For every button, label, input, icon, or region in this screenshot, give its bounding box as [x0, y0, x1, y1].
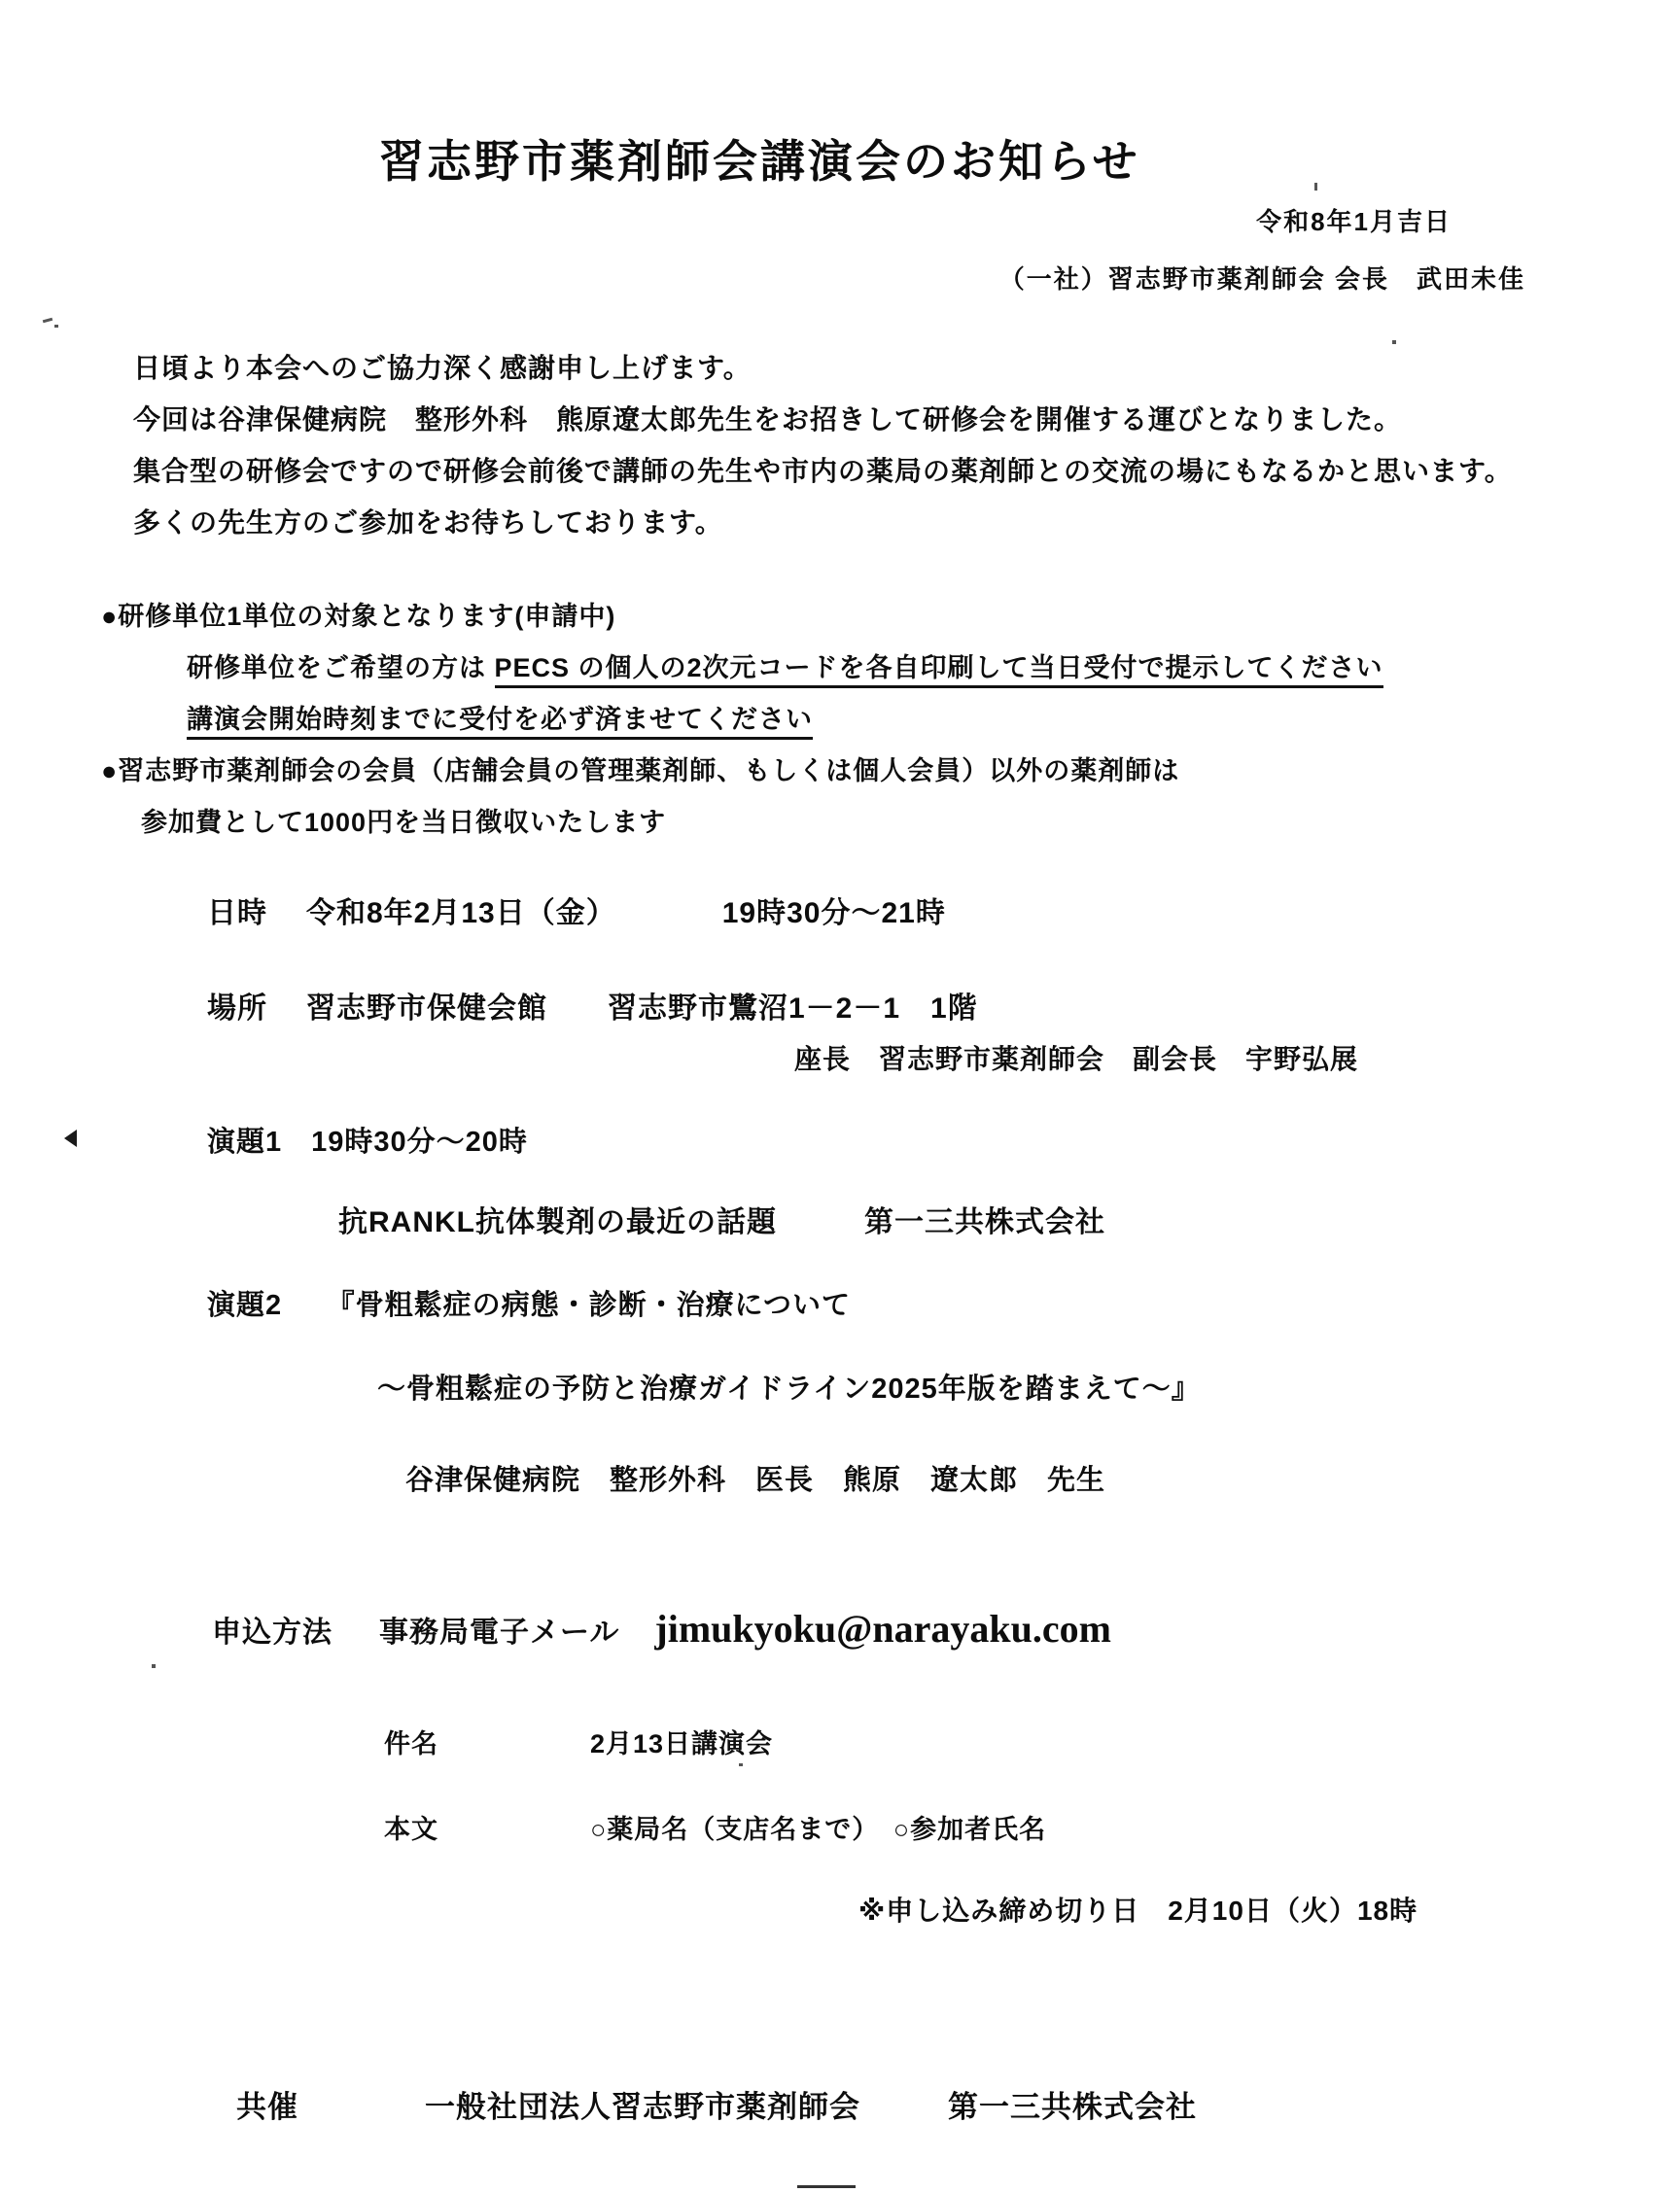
subject-label: 件名: [384, 1723, 590, 1760]
application-method-text: 事務局電子メール: [379, 1617, 619, 1649]
scan-artifact-arrow: [64, 1130, 77, 1147]
note-bullet-1-sub-1: 研修単位をご希望の方は PECS の個人の2次元コードを各自印刷して当日受付で提…: [187, 646, 1383, 684]
scan-artifact: [797, 2185, 856, 2188]
session2-speaker: 谷津保健病院 整形外科 医長 熊原 遼太郎 先生: [405, 1458, 1105, 1498]
page-title: 習志野市薬剤師会講演会のお知らせ: [379, 126, 1140, 191]
place-label: 場所: [207, 984, 306, 1027]
scan-artifact: [152, 1664, 156, 1668]
cohost-label: 共催: [236, 2082, 425, 2126]
application-method-label: 申込方法: [212, 1608, 379, 1651]
session1-header: 演題1 19時30分～20時: [207, 1120, 528, 1160]
application-deadline: ※申し込み締め切り日 2月10日（火）18時: [858, 1890, 1417, 1929]
note-sub2-underlined: 講演会開始時刻までに受付を必ず済ませてください: [187, 705, 813, 740]
datetime-label: 日時: [207, 888, 306, 931]
session2-header: 演題2 『骨粗鬆症の病態・診断・治療について: [207, 1283, 851, 1323]
note-bullet-2: ●習志野市薬剤師会の会員（店舗会員の管理薬剤師、もしくは個人会員）以外の薬剤師は: [101, 749, 1179, 787]
subject-value: 2月13日講演会: [590, 1729, 773, 1758]
subject-row: 件名2月13日講演会: [384, 1723, 773, 1760]
note-sub1-underlined: PECS の個人の2次元コードを各自印刷して当日受付で提示してください: [495, 653, 1383, 688]
application-row: 申込方法事務局電子メールjimukyoku@narayaku.com: [212, 1606, 1111, 1652]
sender-line: （一社）習志野市薬剤師会 会長 武田未佳: [999, 260, 1525, 296]
cohost-row: 共催一般社団法人習志野市薬剤師会第一三共株式会社: [236, 2082, 1197, 2126]
note-sub1-prefix: 研修単位をご希望の方は: [187, 653, 495, 682]
note-bullet-1-sub-2: 講演会開始時刻までに受付を必ず済ませてください: [187, 698, 813, 736]
scan-artifact: [1314, 183, 1317, 191]
note-bullet-2-sub-1: 参加費として1000円を当日徴収いたします: [141, 801, 666, 839]
event-datetime-row: 日時令和8年2月13日（金） 19時30分～21時: [207, 888, 946, 931]
body-label: 本文: [384, 1808, 590, 1846]
session1-presenter: 第一三共株式会社: [864, 1206, 1105, 1238]
datetime-value: 令和8年2月13日（金） 19時30分～21時: [306, 897, 946, 929]
application-email: jimukyoku@narayaku.com: [654, 1607, 1111, 1651]
scanned-notice-page: 習志野市薬剤師会講演会のお知らせ 令和8年1月吉日 （一社）習志野市薬剤師会 会…: [0, 0, 1680, 2193]
body-row: 本文○薬局名（支店名まで） ○参加者氏名: [384, 1808, 1046, 1846]
greeting-line-4: 多くの先生方のご参加をお待ちしております。: [133, 497, 1592, 548]
cohost-org2: 第一三共株式会社: [948, 2090, 1197, 2124]
session1-title: 抗RANKL抗体製剤の最近の話題: [338, 1206, 777, 1238]
note-bullet-1: ●研修単位1単位の対象となります(申請中): [101, 595, 615, 633]
greeting-line-1: 日頃より本会へのご協力深く感謝申し上げます。: [133, 342, 1592, 394]
issue-date: 令和8年1月吉日: [999, 202, 1525, 238]
date-sender-block: 令和8年1月吉日 （一社）習志野市薬剤師会 会長 武田未佳: [999, 202, 1525, 296]
greeting-line-3: 集合型の研修会ですので研修会前後で講師の先生や市内の薬局の薬剤師との交流の場にも…: [133, 445, 1592, 497]
cohost-org1: 一般社団法人習志野市薬剤師会: [425, 2090, 860, 2124]
body-value: ○薬局名（支店名まで） ○参加者氏名: [590, 1815, 1046, 1844]
scan-artifact: [739, 1763, 743, 1766]
session1-title-row: 抗RANKL抗体製剤の最近の話題第一三共株式会社: [338, 1198, 1105, 1240]
scan-artifact: [43, 318, 52, 323]
greeting-line-2: 今回は谷津保健病院 整形外科 熊原遼太郎先生をお招きして研修会を開催する運びとな…: [133, 394, 1592, 445]
greeting-paragraph: 日頃より本会へのご協力深く感謝申し上げます。 今回は谷津保健病院 整形外科 熊原…: [133, 342, 1592, 548]
event-place-row: 場所習志野市保健会館 習志野市鷺沼1－2－1 1階: [207, 984, 978, 1027]
scan-artifact: [54, 325, 58, 328]
session2-subtitle: ～骨粗鬆症の予防と治療ガイドライン2025年版を踏まえて～』: [377, 1367, 1201, 1407]
chair-line: 座長 習志野市薬剤師会 副会長 宇野弘展: [794, 1038, 1358, 1077]
scan-artifact: [1392, 340, 1396, 344]
place-value: 習志野市保健会館 習志野市鷺沼1－2－1 1階: [306, 992, 978, 1025]
